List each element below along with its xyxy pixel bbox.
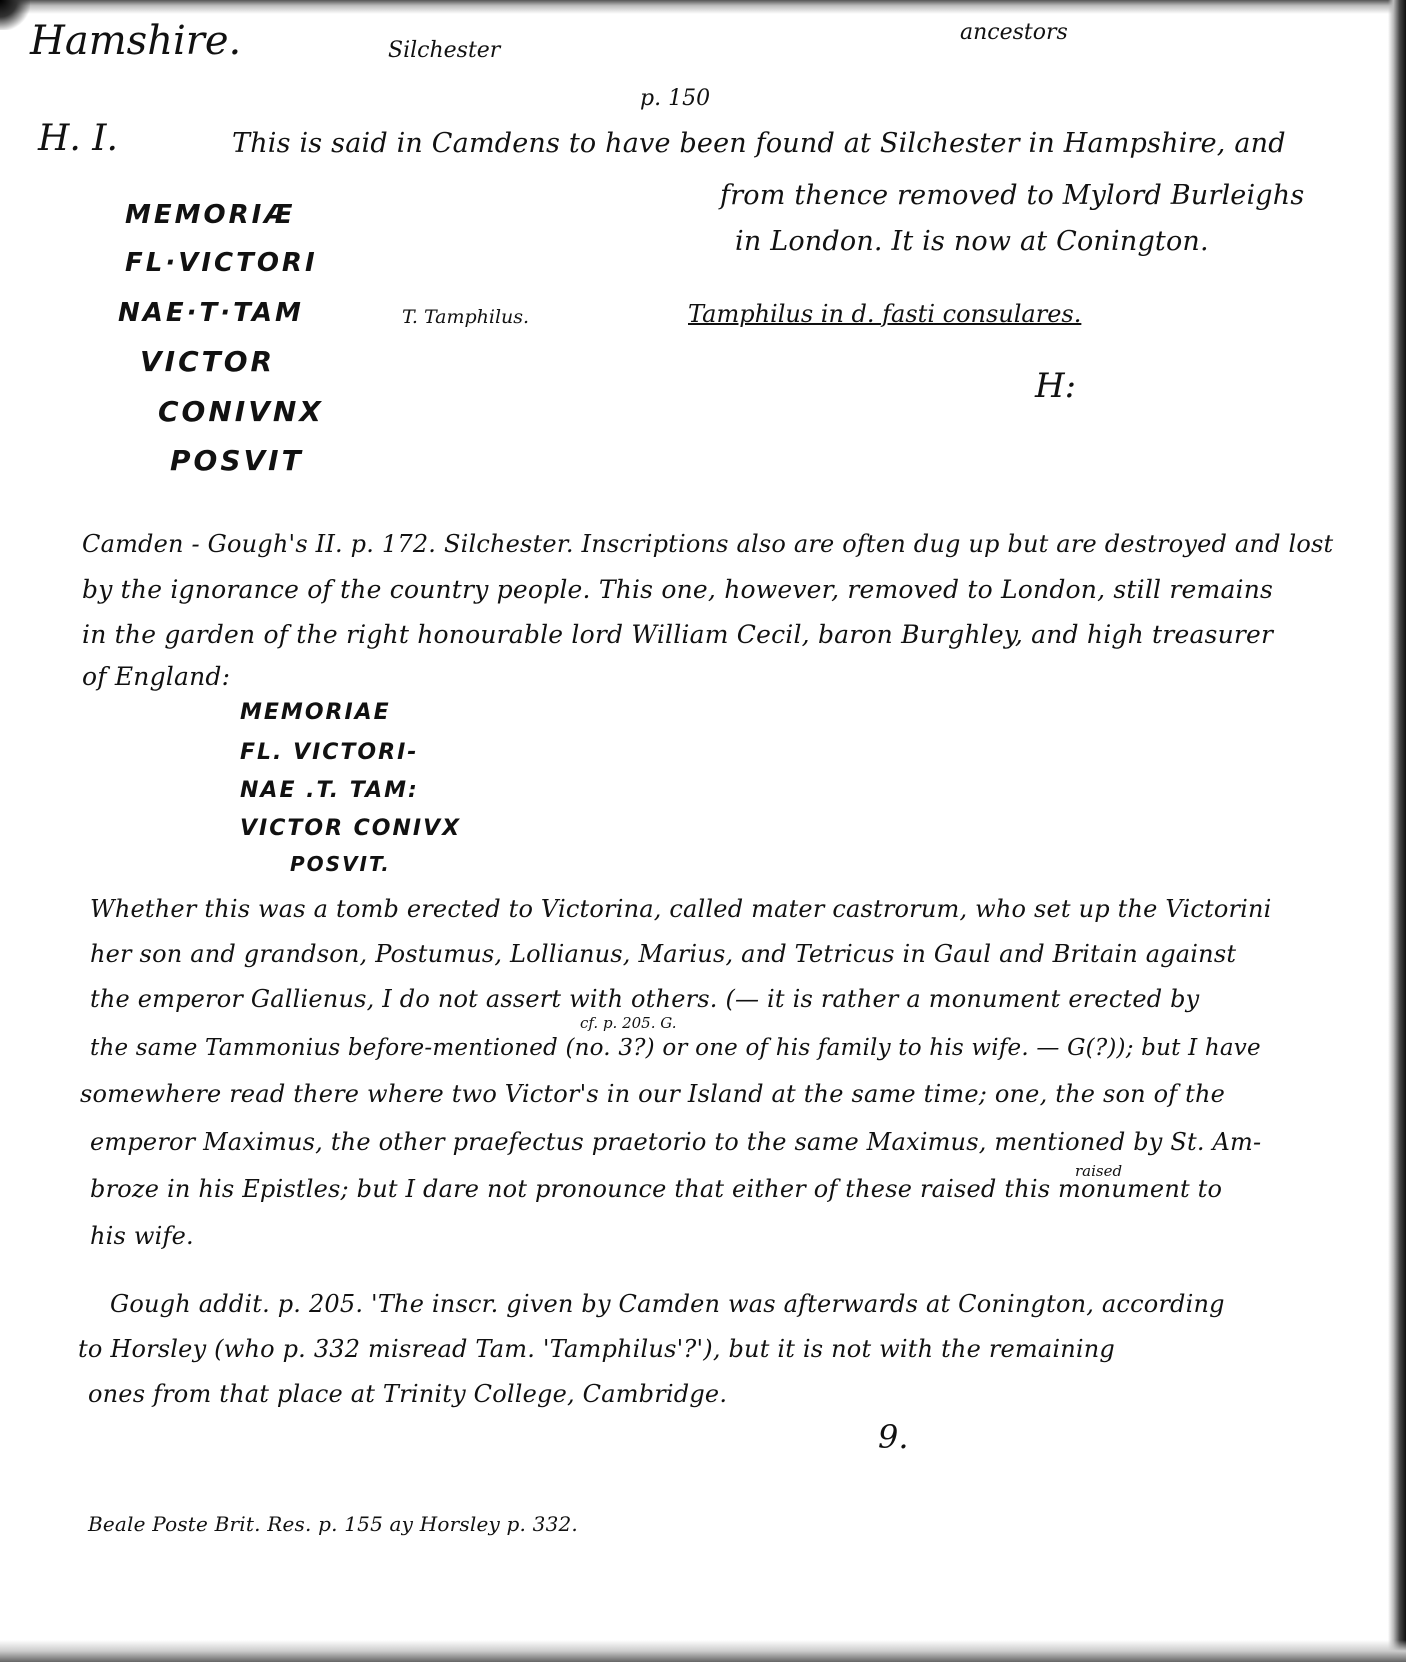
fasti-note: Tamphilus in d. fasti consulares.	[688, 300, 1081, 328]
camden-line-3: in the garden of the right honourable lo…	[82, 620, 1273, 649]
intro-line-1: This is said in Camdens to have been fou…	[232, 128, 1286, 159]
county-heading: Hamshire.	[30, 18, 241, 64]
discussion-line-6: emperor Maximus, the other praefectus pr…	[90, 1128, 1261, 1156]
inscription-2-line-4: VICTOR CONIVX	[240, 816, 461, 841]
gough-line-3: ones from that place at Trinity College,…	[88, 1380, 727, 1408]
page-number: 9.	[878, 1418, 909, 1456]
inscription-2-line-3: NAE .T. TAM:	[240, 778, 419, 803]
page-ref-superscript: p. 150	[640, 86, 710, 111]
scan-edge-right	[1388, 0, 1406, 1662]
intro-line-2: from thence removed to Mylord Burleighs	[720, 180, 1304, 211]
camden-line-2: by the ignorance of the country people. …	[82, 575, 1273, 604]
category-heading: ancestors	[960, 20, 1068, 45]
inscription-1-line-1: MEMORIÆ	[125, 200, 296, 230]
inscription-1-line-6: POSVIT	[170, 444, 304, 477]
inscription-1-line-2: FL·VICTORI	[125, 248, 318, 278]
footer-reference: Beale Poste Brit. Res. p. 155 ay Horsley…	[88, 1512, 578, 1536]
entry-number: H. I.	[38, 118, 118, 159]
place-heading: Silchester	[388, 38, 500, 63]
scan-edge-bottom	[0, 1640, 1406, 1662]
camden-line-4: of England:	[82, 662, 230, 691]
inscription-2-line-5: POSVIT.	[290, 852, 391, 876]
inscription-2-line-1: MEMORIAE	[240, 700, 391, 725]
intro-line-3: in London. It is now at Conington.	[735, 226, 1209, 257]
inscription-1-line-5: CONIVNX	[158, 395, 324, 428]
inscription-1-line-3: NAE·T·TAM	[118, 298, 304, 328]
discussion-line-2: her son and grandson, Postumus, Lollianu…	[90, 940, 1236, 968]
gough-line-1: Gough addit. p. 205. 'The inscr. given b…	[110, 1290, 1225, 1318]
discussion-line-3: the emperor Gallienus, I do not assert w…	[90, 985, 1199, 1013]
discussion-line-1: Whether this was a tomb erected to Victo…	[90, 895, 1272, 923]
interlinear-reference: cf. p. 205. G.	[580, 1014, 676, 1032]
signature-mark: H:	[1035, 366, 1076, 406]
discussion-line-5: somewhere read there where two Victor's …	[80, 1080, 1225, 1108]
discussion-line-8: his wife.	[90, 1222, 194, 1250]
gough-line-2: to Horsley (who p. 332 misread Tam. 'Tam…	[78, 1335, 1115, 1363]
scan-corner-shadow	[0, 0, 30, 30]
camden-line-1: Camden - Gough's II. p. 172. Silchester.…	[82, 530, 1333, 558]
inscription-2-line-2: FL. VICTORI-	[240, 740, 418, 765]
tamphilus-note: T. Tamphilus.	[402, 306, 529, 328]
discussion-line-7: broze in his Epistles; but I dare not pr…	[90, 1175, 1222, 1203]
inscription-1-line-4: VICTOR	[140, 345, 275, 378]
discussion-line-4: the same Tammonius before-mentioned (no.…	[90, 1035, 1261, 1061]
scan-edge-top	[0, 0, 1406, 14]
